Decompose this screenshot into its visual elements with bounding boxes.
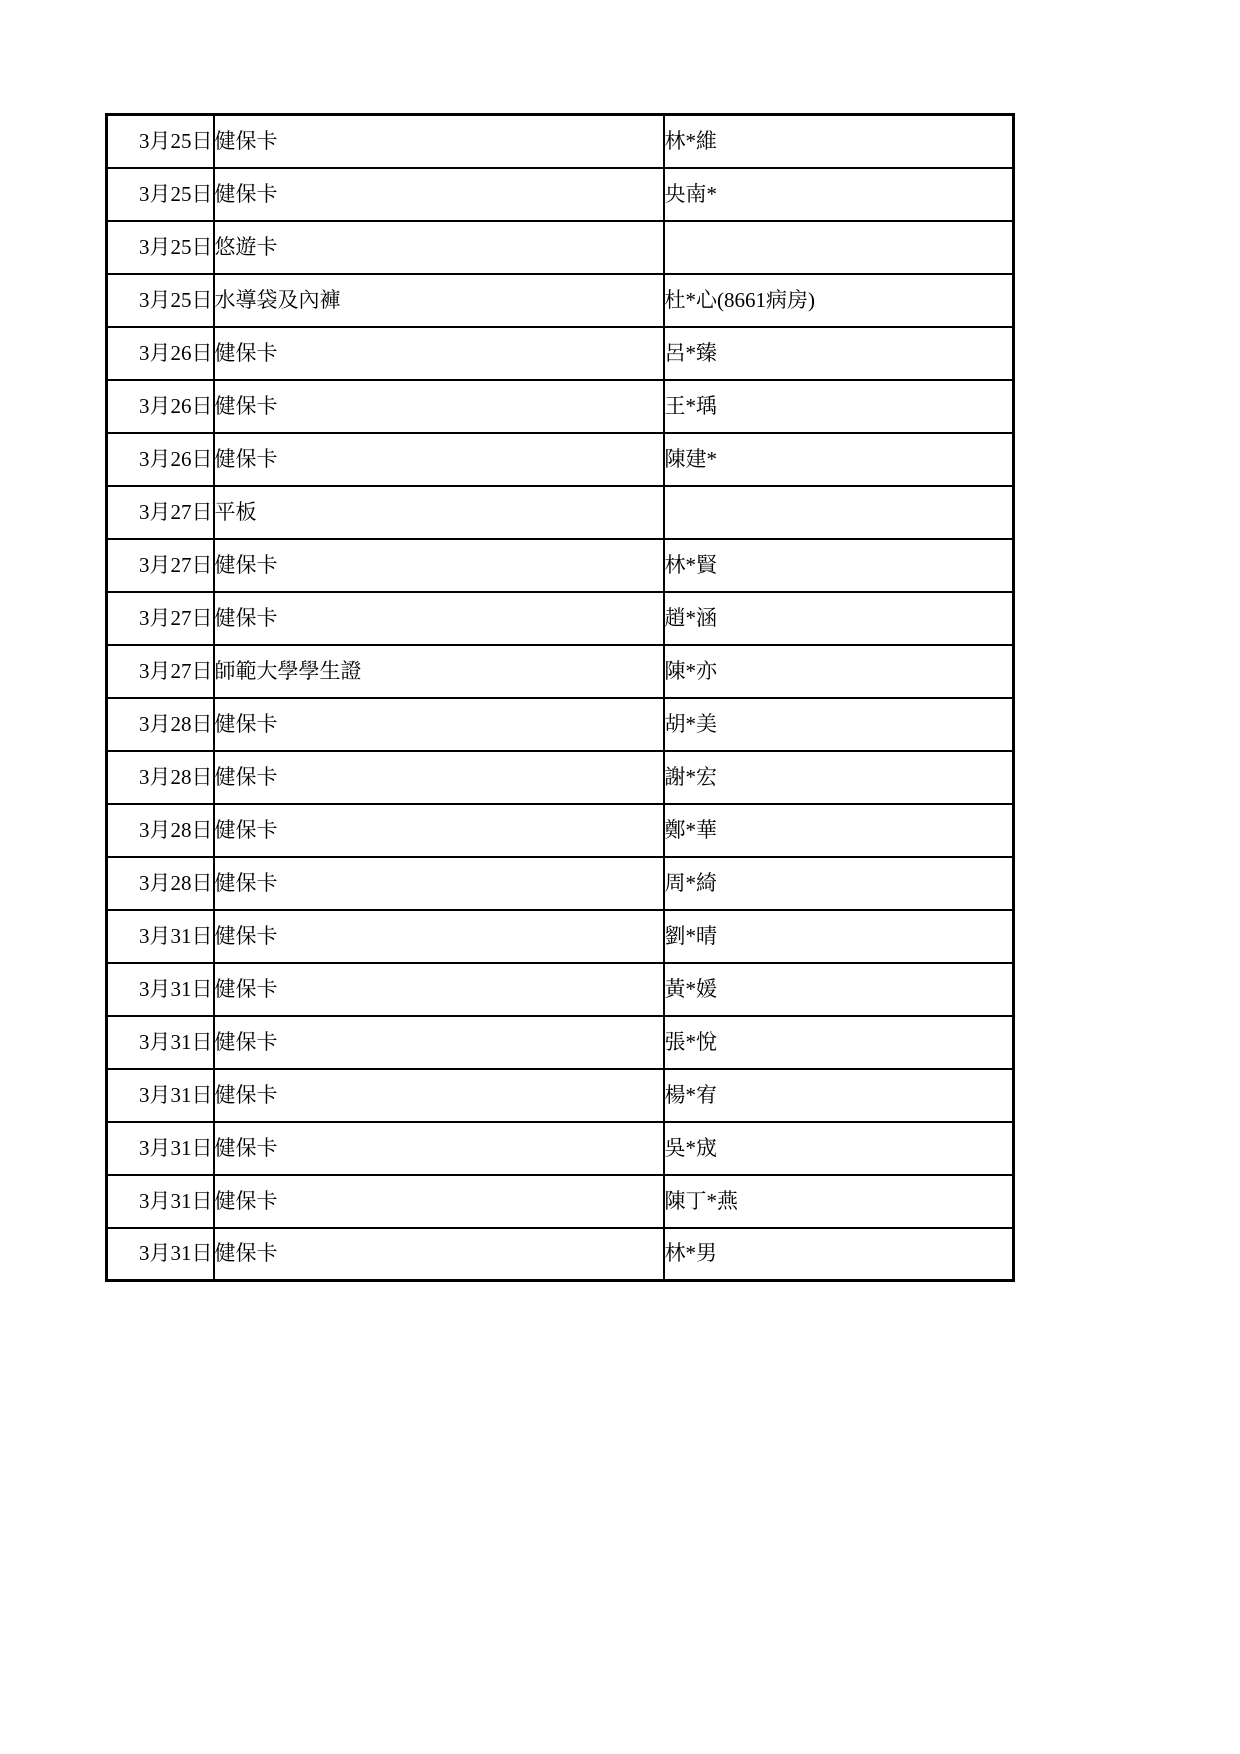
table-row: 3月26日 健保卡 王*瑀 — [107, 380, 1014, 433]
table-row: 3月28日 健保卡 周*綺 — [107, 857, 1014, 910]
item-cell: 健保卡 — [214, 804, 664, 857]
table-row: 3月27日 健保卡 林*賢 — [107, 539, 1014, 592]
table-row: 3月31日 健保卡 陳丁*燕 — [107, 1175, 1014, 1228]
claimant-name-cell: 鄭*華 — [664, 804, 1014, 857]
item-cell: 健保卡 — [214, 910, 664, 963]
claimant-name-cell: 陳*亦 — [664, 645, 1014, 698]
claimant-name-cell — [664, 486, 1014, 539]
item-cell: 健保卡 — [214, 539, 664, 592]
date-cell: 3月28日 — [107, 804, 214, 857]
item-cell: 平板 — [214, 486, 664, 539]
lost-found-table: 3月25日 健保卡 林*維 3月25日 健保卡 央南* 3月25日 悠遊卡 3月… — [105, 113, 1015, 1282]
claimant-name-cell: 張*悅 — [664, 1016, 1014, 1069]
claimant-name-cell: 周*綺 — [664, 857, 1014, 910]
date-cell: 3月26日 — [107, 327, 214, 380]
date-cell: 3月25日 — [107, 168, 214, 221]
claimant-name-cell: 央南* — [664, 168, 1014, 221]
claimant-name-cell: 杜*心(8661病房) — [664, 274, 1014, 327]
claimant-name-cell: 吳*宬 — [664, 1122, 1014, 1175]
date-cell: 3月26日 — [107, 380, 214, 433]
claimant-name-cell: 呂*臻 — [664, 327, 1014, 380]
table-row: 3月31日 健保卡 吳*宬 — [107, 1122, 1014, 1175]
claimant-name-cell: 胡*美 — [664, 698, 1014, 751]
claimant-name-cell: 陳丁*燕 — [664, 1175, 1014, 1228]
date-cell: 3月26日 — [107, 433, 214, 486]
table-row: 3月27日 健保卡 趙*涵 — [107, 592, 1014, 645]
date-cell: 3月27日 — [107, 645, 214, 698]
claimant-name-cell: 林*男 — [664, 1228, 1014, 1281]
date-cell: 3月31日 — [107, 963, 214, 1016]
date-cell: 3月31日 — [107, 1175, 214, 1228]
item-cell: 健保卡 — [214, 168, 664, 221]
lost-found-document: 3月25日 健保卡 林*維 3月25日 健保卡 央南* 3月25日 悠遊卡 3月… — [105, 113, 1015, 1282]
table-row: 3月26日 健保卡 呂*臻 — [107, 327, 1014, 380]
item-cell: 健保卡 — [214, 1069, 664, 1122]
item-cell: 健保卡 — [214, 751, 664, 804]
table-row: 3月28日 健保卡 胡*美 — [107, 698, 1014, 751]
table-row: 3月28日 健保卡 鄭*華 — [107, 804, 1014, 857]
table-row: 3月31日 健保卡 黃*媛 — [107, 963, 1014, 1016]
table-row: 3月25日 悠遊卡 — [107, 221, 1014, 274]
date-cell: 3月27日 — [107, 592, 214, 645]
item-cell: 健保卡 — [214, 115, 664, 168]
claimant-name-cell: 黃*媛 — [664, 963, 1014, 1016]
table-row: 3月31日 健保卡 林*男 — [107, 1228, 1014, 1281]
table-row: 3月26日 健保卡 陳建* — [107, 433, 1014, 486]
claimant-name-cell: 林*維 — [664, 115, 1014, 168]
item-cell: 水導袋及內褲 — [214, 274, 664, 327]
claimant-name-cell: 林*賢 — [664, 539, 1014, 592]
item-cell: 健保卡 — [214, 1016, 664, 1069]
item-cell: 健保卡 — [214, 963, 664, 1016]
item-cell: 健保卡 — [214, 1122, 664, 1175]
date-cell: 3月31日 — [107, 1069, 214, 1122]
date-cell: 3月28日 — [107, 857, 214, 910]
table-row: 3月31日 健保卡 張*悅 — [107, 1016, 1014, 1069]
date-cell: 3月31日 — [107, 1122, 214, 1175]
claimant-name-cell: 楊*宥 — [664, 1069, 1014, 1122]
item-cell: 健保卡 — [214, 592, 664, 645]
item-cell: 健保卡 — [214, 698, 664, 751]
item-cell: 師範大學學生證 — [214, 645, 664, 698]
date-cell: 3月31日 — [107, 910, 214, 963]
claimant-name-cell: 謝*宏 — [664, 751, 1014, 804]
date-cell: 3月28日 — [107, 698, 214, 751]
item-cell: 健保卡 — [214, 1175, 664, 1228]
claimant-name-cell: 王*瑀 — [664, 380, 1014, 433]
date-cell: 3月25日 — [107, 115, 214, 168]
date-cell: 3月31日 — [107, 1016, 214, 1069]
table-row: 3月25日 健保卡 林*維 — [107, 115, 1014, 168]
item-cell: 健保卡 — [214, 380, 664, 433]
item-cell: 健保卡 — [214, 327, 664, 380]
table-row: 3月31日 健保卡 楊*宥 — [107, 1069, 1014, 1122]
table-row: 3月28日 健保卡 謝*宏 — [107, 751, 1014, 804]
date-cell: 3月28日 — [107, 751, 214, 804]
date-cell: 3月25日 — [107, 274, 214, 327]
claimant-name-cell: 陳建* — [664, 433, 1014, 486]
table-row: 3月25日 健保卡 央南* — [107, 168, 1014, 221]
table-row: 3月31日 健保卡 劉*晴 — [107, 910, 1014, 963]
table-row: 3月27日 平板 — [107, 486, 1014, 539]
claimant-name-cell — [664, 221, 1014, 274]
date-cell: 3月27日 — [107, 539, 214, 592]
item-cell: 健保卡 — [214, 433, 664, 486]
table-row: 3月25日 水導袋及內褲 杜*心(8661病房) — [107, 274, 1014, 327]
item-cell: 悠遊卡 — [214, 221, 664, 274]
date-cell: 3月31日 — [107, 1228, 214, 1281]
lost-found-table-body: 3月25日 健保卡 林*維 3月25日 健保卡 央南* 3月25日 悠遊卡 3月… — [107, 115, 1014, 1281]
item-cell: 健保卡 — [214, 857, 664, 910]
item-cell: 健保卡 — [214, 1228, 664, 1281]
table-row: 3月27日 師範大學學生證 陳*亦 — [107, 645, 1014, 698]
date-cell: 3月27日 — [107, 486, 214, 539]
claimant-name-cell: 劉*晴 — [664, 910, 1014, 963]
date-cell: 3月25日 — [107, 221, 214, 274]
claimant-name-cell: 趙*涵 — [664, 592, 1014, 645]
